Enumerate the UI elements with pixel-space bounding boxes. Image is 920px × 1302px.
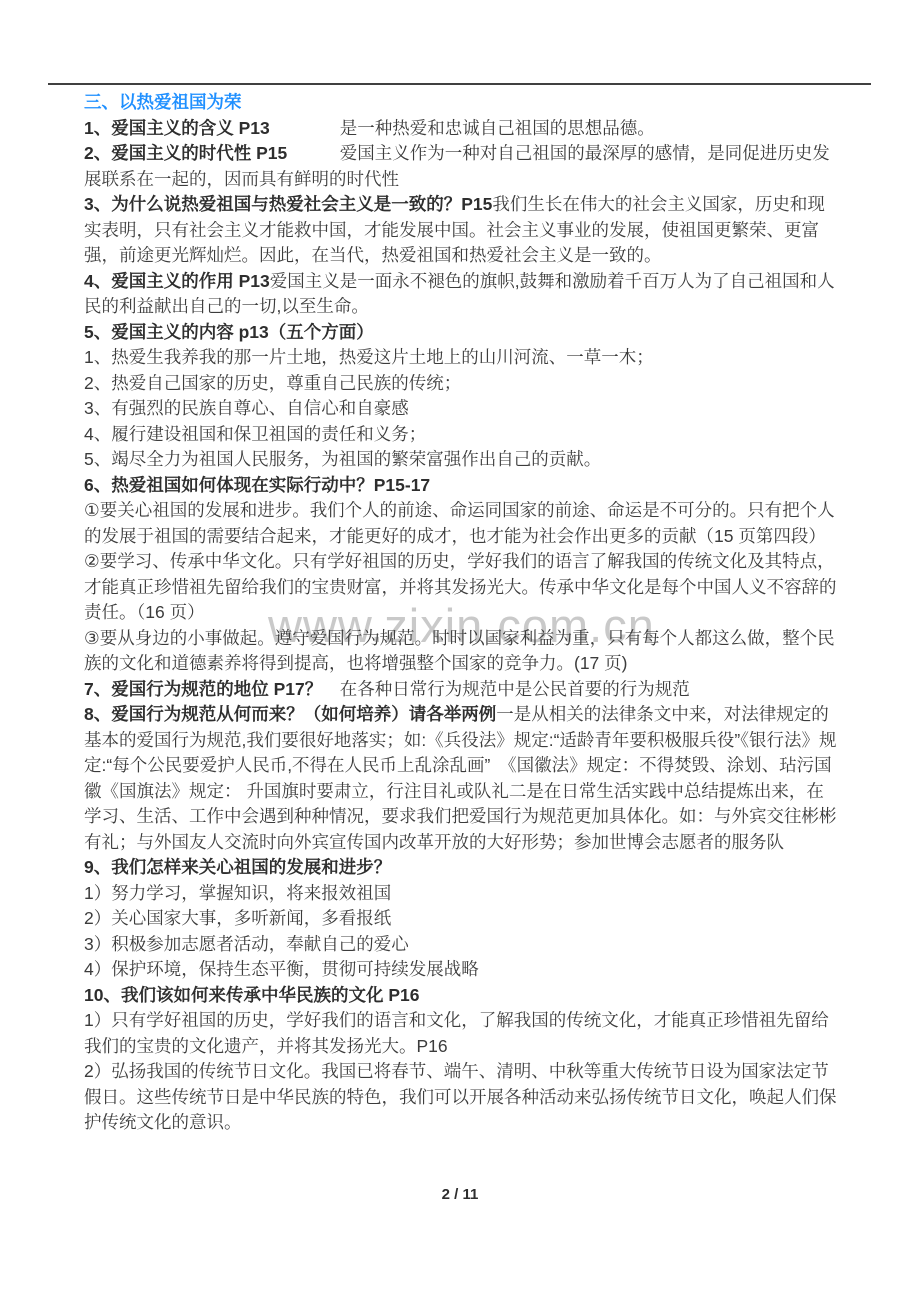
- paragraph: 1）只有学好祖国的历史，学好我们的语言和文化，了解我国的传统文化，才能真正珍惜祖…: [84, 1008, 838, 1059]
- paragraph: 4、履行建设祖国和保卫祖国的责任和义务；: [84, 422, 838, 448]
- paragraph: 2）关心国家大事，多听新闻，多看报纸: [84, 906, 838, 932]
- paragraph: 10、我们该如何来传承中华民族的文化 P16: [84, 983, 838, 1009]
- paragraph: 5、爱国主义的内容 p13（五个方面）: [84, 320, 838, 346]
- paragraph: 6、热爱祖国如何体现在实际行动中？P15-17: [84, 473, 838, 499]
- paragraph-bold-lead: 2、爱国主义的时代性 P15: [84, 143, 287, 163]
- paragraph: 1、爱国主义的含义 P13 是一种热爱和忠诚自己祖国的思想品德。: [84, 116, 838, 142]
- paragraph: 8、爱国行为规范从何而来？（如何培养）请各举两例一是从相关的法律条文中来，对法律…: [84, 702, 838, 855]
- paragraph-bold-lead: 10、我们该如何来传承中华民族的文化 P16: [84, 985, 419, 1005]
- paragraph: 2、热爱自己国家的历史，尊重自己民族的传统；: [84, 371, 838, 397]
- document-page: www.zixin.com.cn 三、以热爱祖国为荣 1、爱国主义的含义 P13…: [0, 0, 920, 1302]
- paragraph-bold-lead: 8、爱国行为规范从何而来？（如何培养）请各举两例: [84, 704, 496, 724]
- paragraph: 5、竭尽全力为祖国人民服务，为祖国的繁荣富强作出自己的贡献。: [84, 447, 838, 473]
- header-rule: [48, 83, 871, 85]
- document-body: 三、以热爱祖国为荣 1、爱国主义的含义 P13 是一种热爱和忠诚自己祖国的思想品…: [84, 90, 838, 1136]
- paragraph: 1、热爱生我养我的那一片土地，热爱这片土地上的山川河流、一草一木；: [84, 345, 838, 371]
- paragraph-bold-lead: 4、爱国主义的作用 P13: [84, 271, 270, 291]
- paragraph: 7、爱国行为规范的地位 P17？ 在各种日常行为规范中是公民首要的行为规范: [84, 677, 838, 703]
- paragraph: 2、爱国主义的时代性 P15 爱国主义作为一种对自己祖国的最深厚的感情，是同促进…: [84, 141, 838, 192]
- paragraph-bold-lead: 3、为什么说热爱祖国与热爱社会主义是一致的？P15: [84, 194, 492, 214]
- paragraph: 1）努力学习，掌握知识，将来报效祖国: [84, 881, 838, 907]
- paragraph: ②要学习、传承中华文化。只有学好祖国的历史，学好我们的语言了解我国的传统文化及其…: [84, 549, 838, 626]
- paragraph-bold-lead: 6、热爱祖国如何体现在实际行动中？P15-17: [84, 475, 430, 495]
- paragraph: ①要关心祖国的发展和进步。我们个人的前途、命运同国家的前途、命运是不可分的。只有…: [84, 498, 838, 549]
- paragraph-bold-lead: 5、爱国主义的内容 p13（五个方面）: [84, 322, 374, 342]
- paragraph-bold-lead: 7、爱国行为规范的地位 P17？: [84, 679, 322, 699]
- section-heading: 三、以热爱祖国为荣: [84, 90, 838, 116]
- paragraph: 2）弘扬我国的传统节日文化。我国已将春节、端午、清明、中秋等重大传统节日设为国家…: [84, 1059, 838, 1136]
- page-number: 2 / 11: [0, 1186, 920, 1203]
- paragraph-bold-lead: 1、爱国主义的含义 P13: [84, 118, 270, 138]
- paragraph-bold-lead: 9、我们怎样来关心祖国的发展和进步？: [84, 857, 391, 877]
- paragraph: 4、爱国主义的作用 P13爱国主义是一面永不褪色的旗帜,鼓舞和激励着千百万人为了…: [84, 269, 838, 320]
- paragraph: 9、我们怎样来关心祖国的发展和进步？: [84, 855, 838, 881]
- paragraph: ③要从身边的小事做起。遵守爱国行为规范。时时以国家利益为重，只有每个人都这么做，…: [84, 626, 838, 677]
- paragraph: 4）保护环境，保持生态平衡，贯彻可持续发展战略: [84, 957, 838, 983]
- paragraph: 3）积极参加志愿者活动，奉献自己的爱心: [84, 932, 838, 958]
- paragraph: 3、为什么说热爱祖国与热爱社会主义是一致的？P15我们生长在伟大的社会主义国家，…: [84, 192, 838, 269]
- paragraph: 3、有强烈的民族自尊心、自信心和自豪感: [84, 396, 838, 422]
